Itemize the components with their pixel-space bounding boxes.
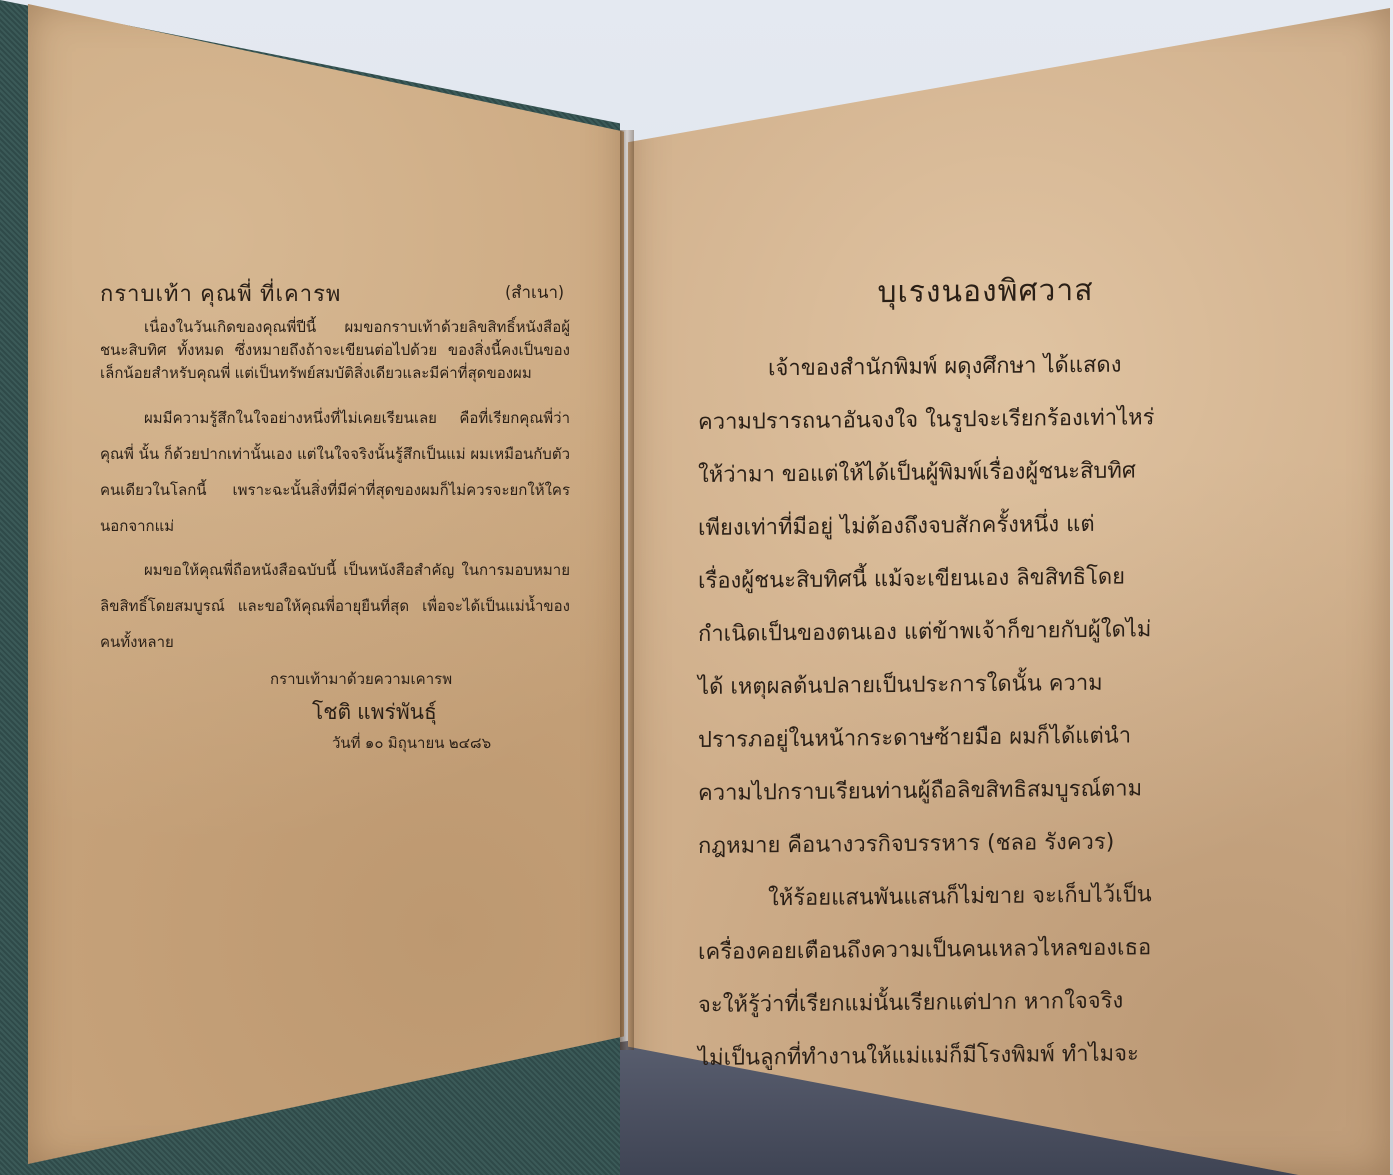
copy-note: (สำเนา) xyxy=(505,282,564,305)
text-line: ให้ร้อยแสนพันแสนก็ไม่ขาย จะเก็บไว้เป็น xyxy=(698,867,1273,926)
book-gutter xyxy=(620,130,634,1050)
text-line: ความปรารถนาอันจงใจ ในรูปจะเรียกร้องเท่าไ… xyxy=(698,390,1273,449)
paragraph-3: ผมขอให้คุณพี่ถือหนังสือฉบับนี้ เป็นหนังส… xyxy=(100,552,570,660)
date-line: วันที่ ๑๐ มิถุนายน ๒๔๘๖ xyxy=(100,732,570,755)
text-line: ปรารภอยู่ในหน้ากระดาษซ้ายมือ ผมก็ได้แต่น… xyxy=(698,708,1273,767)
text-line: กฎหมาย คือนางวรกิจบรรหาร (ชลอ รังควร) xyxy=(698,814,1273,873)
text-line: กำเนิดเป็นของตนเอง แต่ข้าพเจ้าก็ขายกับผู… xyxy=(698,602,1273,661)
paragraph-1: เนื่องในวันเกิดของคุณพี่ปีนี้ ผมขอกราบเท… xyxy=(100,316,570,385)
page-title: บุเรงนองพิศวาส xyxy=(698,259,1273,325)
text-line: จะให้รู้ว่าที่เรียกแม่นั้นเรียกแต่ปาก หา… xyxy=(698,973,1273,1032)
left-page-text: (สำเนา) กราบเท้า คุณพี่ ที่เคารพ เนื่องใ… xyxy=(100,280,570,755)
paragraph-2: ผมมีความรู้สึกในใจอย่างหนึ่งที่ไม่เคยเรี… xyxy=(100,400,570,544)
text-line: ความไปกราบเรียนท่านผู้ถือลิขสิทธิสมบูรณ์… xyxy=(698,761,1273,820)
right-page-text: บุเรงนองพิศวาส เจ้าของสำนักพิมพ์ ผดุงศึก… xyxy=(698,259,1273,1085)
salutation: กราบเท้า คุณพี่ ที่เคารพ xyxy=(100,280,570,310)
text-line: เจ้าของสำนักพิมพ์ ผดุงศึกษา ได้แสดง xyxy=(698,337,1273,396)
text-line: ไม่เป็นลูกที่ทำงานให้แม่แม่ก็มีโรงพิมพ์ … xyxy=(698,1026,1273,1085)
closing-line: กราบเท้ามาด้วยความเคารพ xyxy=(100,668,570,691)
text-line: เครื่องคอยเตือนถึงความเป็นคนเหลวไหลของเธ… xyxy=(698,920,1273,979)
text-line: ให้ว่ามา ขอแต่ให้ได้เป็นผู้พิมพ์เรื่องผู… xyxy=(698,443,1273,502)
text-line: ได้ เหตุผลต้นปลายเป็นประการใดนั้น ความ xyxy=(698,655,1273,714)
signature: โชติ แพร่พันธุ์ xyxy=(100,701,570,724)
text-line: เพียงเท่าที่มีอยู่ ไม่ต้องถึงจบสักครั้งห… xyxy=(698,496,1273,555)
text-line: เรื่องผู้ชนะสิบทิศนี้ แม้จะเขียนเอง ลิขส… xyxy=(698,549,1273,608)
